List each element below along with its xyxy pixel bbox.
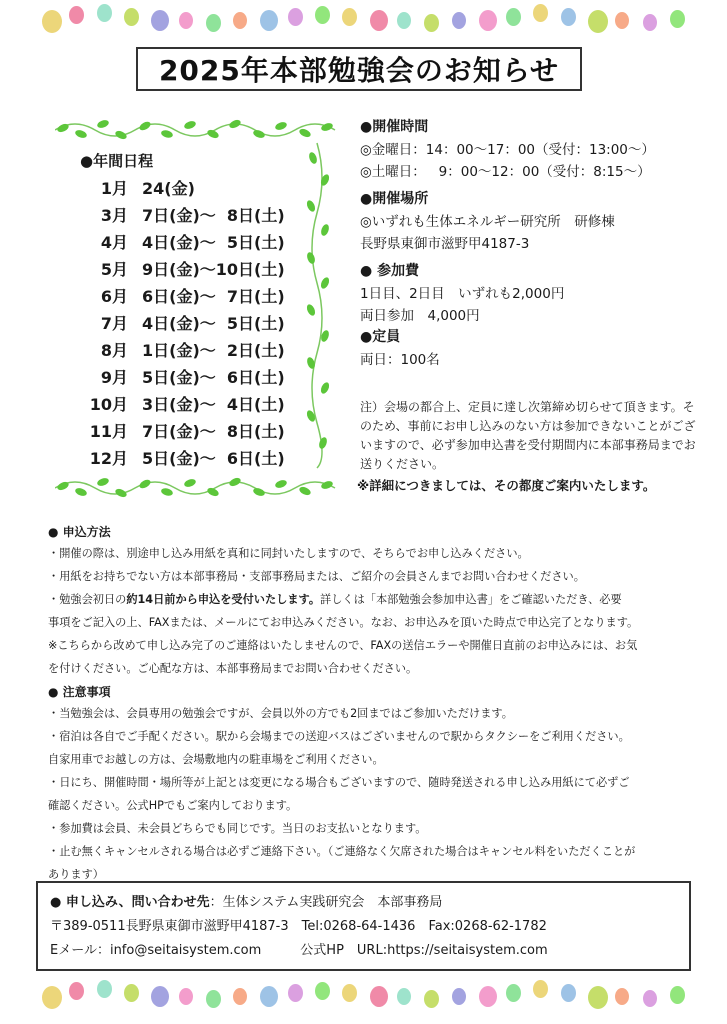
application-heading: ● 申込方法 <box>48 523 708 545</box>
dot-decoration <box>506 984 521 1002</box>
event-info: ●開催時間 ◎金曜日：14：00～17：00（受付：13:00～） ◎土曜日： … <box>360 116 705 370</box>
schedule-dates: 24(金) <box>142 176 320 203</box>
schedule-dates: 9日(金)～10日(土) <box>142 257 320 284</box>
contact-heading: ● 申し込み、問い合わせ先 <box>50 895 210 910</box>
schedule-month: 3月 <box>80 203 142 230</box>
caution-line: ・宿泊は各自でご手配ください。駅から会場までの送迎バスはございませんので駅からタ… <box>48 728 708 751</box>
cautions-heading: ● 注意事項 <box>48 683 708 705</box>
dot-decoration <box>533 4 548 22</box>
schedule-row: 12月5日(金)～ 6日(土) <box>80 446 320 473</box>
application-line: ・用紙をお持ちでない方は本部事務局・支部事務局または、ご紹介の会員さんまでお問い… <box>48 568 708 591</box>
dot-decoration <box>260 10 278 31</box>
dot-decoration <box>670 986 685 1004</box>
bold-text: 約14日前から申込を受付いたします。 <box>126 593 320 606</box>
text: ・勉強会初日の <box>48 593 126 606</box>
application-line: ・勉強会初日の約14日前から申込を受付いたします。詳しくは「本部勉強会参加申込書… <box>48 591 708 614</box>
dot-decoration <box>643 14 657 31</box>
schedule-row: 3月7日(金)～ 8日(土) <box>80 203 320 230</box>
contact-address: 〒389-0511長野県東御市滋野甲4187-3 Tel:0268-64-143… <box>50 915 677 939</box>
dot-decoration <box>588 986 608 1009</box>
hours-heading: ●開催時間 <box>360 116 705 138</box>
dot-decoration <box>315 982 330 1000</box>
fee-heading: ● 参加費 <box>360 260 705 282</box>
contact-box: ● 申し込み、問い合わせ先：生体システム実践研究会 本部事務局 〒389-051… <box>36 881 691 971</box>
schedule-row: 1月24(金) <box>80 176 320 203</box>
capacity-note: 注）会場の都合上、定員に達し次第締め切らせて頂きます。そのため、事前にお申し込み… <box>360 398 700 474</box>
venue-name: ◎いずれも生体エネルギー研究所 研修棟 <box>360 210 705 232</box>
dot-decoration <box>615 12 629 29</box>
caution-line: 確認ください。公式HPでもご案内しております。 <box>48 797 708 820</box>
caution-line: ・日にち、開催時間・場所等が上記とは変更になる場合もございますので、随時発送され… <box>48 774 708 797</box>
dot-decoration <box>588 10 608 33</box>
dot-decoration <box>42 986 62 1009</box>
dot-decoration <box>615 988 629 1005</box>
annual-schedule: ●年間日程 1月24(金) 3月7日(金)～ 8日(土) 4月4日(金)～ 5日… <box>80 150 320 473</box>
dot-decoration <box>124 8 139 26</box>
dot-decoration <box>315 6 330 24</box>
dot-decoration <box>397 988 411 1005</box>
capacity-heading: ●定員 <box>360 326 705 348</box>
fee-both-days: 両日参加 4,000円 <box>360 304 705 326</box>
dot-decoration <box>233 12 247 29</box>
application-line: 事項をご記入の上、FAXまたは、メールにてお申込みください。なお、お申込みを頂い… <box>48 614 708 637</box>
schedule-dates: 5日(金)～ 6日(土) <box>142 446 320 473</box>
dot-decoration <box>151 986 169 1007</box>
hours-saturday: ◎土曜日： 9：00～12：00（受付：8:15～） <box>360 160 705 182</box>
dot-decoration <box>452 988 466 1005</box>
schedule-row: 8月1日(金)～ 2日(土) <box>80 338 320 365</box>
dot-decoration <box>561 8 576 26</box>
caution-line: ・参加費は会員、未会員どちらでも同じです。当日のお支払いとなります。 <box>48 820 708 843</box>
schedule-row: 10月3日(金)～ 4日(土) <box>80 392 320 419</box>
schedule-dates: 3日(金)～ 4日(土) <box>142 392 320 419</box>
schedule-heading: ●年間日程 <box>80 150 320 176</box>
capacity-value: 両日：100名 <box>360 348 705 370</box>
dot-decoration <box>342 984 357 1002</box>
dot-decoration <box>260 986 278 1007</box>
dot-decoration <box>151 10 169 31</box>
instructions: ● 申込方法 ・開催の際は、別途申し込み用紙を真和に同封いたしますので、そちらで… <box>48 523 708 889</box>
venue-address: 長野県東御市滋野甲4187-3 <box>360 232 705 254</box>
dot-decoration <box>288 984 303 1002</box>
dot-decoration <box>69 982 84 1000</box>
dot-decoration <box>533 980 548 998</box>
schedule-row: 9月5日(金)～ 6日(土) <box>80 365 320 392</box>
schedule-row: 11月7日(金)～ 8日(土) <box>80 419 320 446</box>
schedule-month: 1月 <box>80 176 142 203</box>
detail-notice: ※詳細につきましては、その都度ご案内いたします。 <box>357 476 655 494</box>
schedule-month: 7月 <box>80 311 142 338</box>
dot-decoration <box>370 986 388 1007</box>
dot-decoration <box>452 12 466 29</box>
dot-decoration <box>233 988 247 1005</box>
dot-decoration <box>69 6 84 24</box>
schedule-dates: 1日(金)～ 2日(土) <box>142 338 320 365</box>
dot-decoration <box>561 984 576 1002</box>
dot-decoration <box>479 10 497 31</box>
text: 詳しくは「本部勉強会参加申込書」をご確認いただき、必要 <box>320 593 622 606</box>
bottom-dot-border <box>0 980 727 1020</box>
schedule-month: 11月 <box>80 419 142 446</box>
schedule-month: 9月 <box>80 365 142 392</box>
top-dot-border <box>0 4 727 44</box>
schedule-dates: 7日(金)～ 8日(土) <box>142 419 320 446</box>
caution-line: 自家用車でお越しの方は、会場敷地内の駐車場をご利用ください。 <box>48 751 708 774</box>
schedule-month: 12月 <box>80 446 142 473</box>
application-line: ・開催の際は、別途申し込み用紙を真和に同封いたしますので、そちらでお申し込みくだ… <box>48 545 708 568</box>
schedule-month: 4月 <box>80 230 142 257</box>
contact-email-url[interactable]: Eメール：info@seitaisystem.com 公式HP URL:http… <box>50 939 677 963</box>
dot-decoration <box>370 10 388 31</box>
schedule-row: 5月9日(金)～10日(土) <box>80 257 320 284</box>
application-line: ※こちらから改めて申し込み完了のご連絡はいたしませんので、FAXの送信エラーや開… <box>48 637 708 660</box>
dot-decoration <box>506 8 521 26</box>
dot-decoration <box>424 990 439 1008</box>
schedule-dates: 4日(金)～ 5日(土) <box>142 230 320 257</box>
title-box: 2025年本部勉強会のお知らせ <box>136 47 582 91</box>
dot-decoration <box>42 10 62 33</box>
caution-line: ・止む無くキャンセルされる場合は必ずご連絡下さい。（ご連絡なく欠席された場合はキ… <box>48 843 708 866</box>
dot-decoration <box>397 12 411 29</box>
hours-friday: ◎金曜日：14：00～17：00（受付：13:00～） <box>360 138 705 160</box>
schedule-dates: 6日(金)～ 7日(土) <box>142 284 320 311</box>
dot-decoration <box>179 12 193 29</box>
dot-decoration <box>206 990 221 1008</box>
contact-org: ：生体システム実践研究会 本部事務局 <box>210 895 443 910</box>
schedule-month: 10月 <box>80 392 142 419</box>
dot-decoration <box>643 990 657 1007</box>
dot-decoration <box>670 10 685 28</box>
schedule-row: 6月6日(金)～ 7日(土) <box>80 284 320 311</box>
dot-decoration <box>97 980 112 998</box>
schedule-dates: 5日(金)～ 6日(土) <box>142 365 320 392</box>
dot-decoration <box>424 14 439 32</box>
schedule-row: 4月4日(金)～ 5日(土) <box>80 230 320 257</box>
dot-decoration <box>179 988 193 1005</box>
dot-decoration <box>97 4 112 22</box>
schedule-dates: 7日(金)～ 8日(土) <box>142 203 320 230</box>
dot-decoration <box>124 984 139 1002</box>
dot-decoration <box>206 14 221 32</box>
dot-decoration <box>288 8 303 26</box>
caution-line: ・当勉強会は、会員専用の勉強会ですが、会員以外の方でも2回まではご参加いただけま… <box>48 705 708 728</box>
fee-single-day: 1日目、2日目 いずれも2,000円 <box>360 282 705 304</box>
schedule-row: 7月4日(金)～ 5日(土) <box>80 311 320 338</box>
schedule-month: 5月 <box>80 257 142 284</box>
dot-decoration <box>342 8 357 26</box>
schedule-dates: 4日(金)～ 5日(土) <box>142 311 320 338</box>
venue-heading: ●開催場所 <box>360 188 705 210</box>
page-title: 2025年本部勉強会のお知らせ <box>159 49 559 89</box>
dot-decoration <box>479 986 497 1007</box>
schedule-month: 8月 <box>80 338 142 365</box>
schedule-month: 6月 <box>80 284 142 311</box>
application-line: を付けください。ご心配な方は、本部事務局までお問い合わせください。 <box>48 660 708 683</box>
